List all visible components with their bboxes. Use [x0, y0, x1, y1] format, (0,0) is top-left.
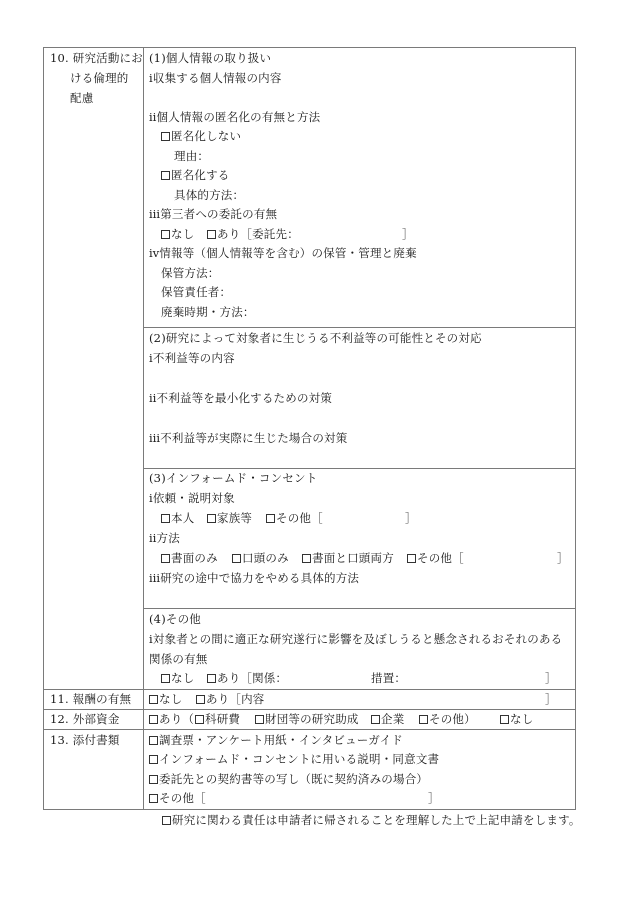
disadvantage-iii: ⅲ不利益等が実際に生じた場合の対策 — [149, 431, 347, 445]
divider-row-12 — [43, 709, 576, 710]
relation-none-option[interactable]: なし — [161, 671, 194, 685]
other-i-line2: 関係の有無 — [149, 652, 208, 666]
application-form-page: 10. 研究活動にお ける倫理的 配慮 (1)個人情報の取り扱い ⅰ収集する個人… — [0, 0, 630, 903]
attachment-questionnaire-option[interactable]: 調査票・アンケート用紙・インタビューガイド — [149, 733, 403, 747]
checkbox[interactable] — [161, 554, 170, 563]
divider-section-2 — [143, 327, 576, 328]
funding-foundation-option[interactable]: 財団等の研究助成 — [255, 712, 359, 726]
checkbox[interactable] — [149, 775, 158, 784]
funding-yes-option[interactable]: あり（ — [149, 712, 194, 726]
column-divider — [143, 47, 144, 810]
declaration-option[interactable]: 研究に関わる責任は申請者に帰されることを理解した上で上記申請をします。 — [162, 813, 581, 827]
checkbox[interactable] — [161, 230, 170, 239]
checkbox[interactable] — [149, 736, 158, 745]
checkbox[interactable] — [149, 695, 158, 704]
section-12-label: 12. 外部資金 — [50, 712, 120, 726]
no-anonymize-option[interactable]: 匿名化しない — [161, 129, 241, 143]
divider-row-11 — [43, 689, 576, 690]
oral-option[interactable]: 口頭のみ — [232, 551, 289, 565]
close-bracket: ］ — [402, 227, 414, 241]
personal-info-ii: ⅱ個人情報の匿名化の有無と方法 — [149, 110, 320, 124]
method-label: 具体的方法： — [174, 188, 244, 202]
checkbox[interactable] — [149, 794, 158, 803]
checkbox[interactable] — [207, 674, 216, 683]
close-bracket: ］ — [428, 791, 440, 805]
checkbox[interactable] — [161, 132, 170, 141]
personal-info-iv: ⅳ情報等（個人情報等を含む）の保管・管理と廃棄 — [149, 246, 417, 260]
checkbox[interactable] — [419, 715, 428, 724]
close-bracket: ］ — [557, 551, 569, 565]
checkbox[interactable] — [149, 715, 158, 724]
method-other-option[interactable]: その他［ — [407, 551, 464, 565]
other-i-line1: ⅰ対象者との間に適正な研究遂行に影響を及ぼしうると懸念されるおそれのある — [149, 632, 562, 646]
section-10-label-1: 10. 研究活動にお — [50, 51, 143, 65]
reward-none-option[interactable]: なし — [149, 692, 182, 706]
funding-company-option[interactable]: 企業 — [371, 712, 404, 726]
section-10-label-3: 配慮 — [70, 91, 93, 105]
outsource-yes-option[interactable]: あり［委託先： — [207, 227, 299, 241]
close-bracket: ］ — [545, 671, 557, 685]
checkbox[interactable] — [371, 715, 380, 724]
close-bracket: ］ — [545, 692, 557, 706]
measure-label: 措置： — [371, 671, 406, 685]
checkbox[interactable] — [232, 554, 241, 563]
section-10-label-2: ける倫理的 — [70, 71, 129, 85]
reward-yes-option[interactable]: あり［内容 — [196, 692, 265, 706]
consent-iii: ⅲ研究の途中で協力をやめる具体的方法 — [149, 571, 359, 585]
attachment-consent-doc-option[interactable]: インフォームド・コンセントに用いる説明・同意文書 — [149, 752, 439, 766]
personal-info-heading: (1)個人情報の取り扱い — [149, 51, 271, 65]
reason-label: 理由： — [174, 149, 209, 163]
funding-other-option[interactable]: その他） — [419, 712, 476, 726]
consent-self-option[interactable]: 本人 — [161, 511, 194, 525]
checkbox[interactable] — [266, 514, 275, 523]
consent-family-option[interactable]: 家族等 — [207, 511, 252, 525]
checkbox[interactable] — [500, 715, 509, 724]
checkbox[interactable] — [195, 715, 204, 724]
personal-info-iii: ⅲ第三者への委託の有無 — [149, 207, 277, 221]
disadvantage-i: ⅰ不利益等の内容 — [149, 351, 235, 365]
storage-manager-label: 保管責任者： — [161, 285, 231, 299]
checkbox[interactable] — [207, 230, 216, 239]
checkbox[interactable] — [407, 554, 416, 563]
divider-section-3 — [143, 468, 576, 469]
attachment-other-option[interactable]: その他［ — [149, 791, 206, 805]
consent-heading: (3)インフォームド・コンセント — [149, 471, 317, 485]
checkbox[interactable] — [302, 554, 311, 563]
checkbox[interactable] — [161, 514, 170, 523]
consent-other-option[interactable]: その他［ — [266, 511, 323, 525]
outsource-none-option[interactable]: なし — [161, 227, 194, 241]
disadvantage-ii: ⅱ不利益等を最小化するための対策 — [149, 391, 332, 405]
section-11-label: 11. 報酬の有無 — [50, 692, 131, 706]
personal-info-i: ⅰ収集する個人情報の内容 — [149, 71, 282, 85]
checkbox[interactable] — [162, 816, 171, 825]
checkbox[interactable] — [149, 755, 158, 764]
section-13-label: 13. 添付書類 — [50, 733, 120, 747]
funding-none-option[interactable]: なし — [500, 712, 533, 726]
divider-section-4 — [143, 608, 576, 609]
close-bracket: ］ — [405, 511, 417, 525]
checkbox[interactable] — [161, 674, 170, 683]
checkbox[interactable] — [207, 514, 216, 523]
consent-ii: ⅱ方法 — [149, 531, 180, 545]
other-heading: (4)その他 — [149, 612, 201, 626]
checkbox[interactable] — [161, 171, 170, 180]
relation-yes-option[interactable]: あり［関係： — [207, 671, 287, 685]
disadvantage-heading: (2)研究によって対象者に生じうる不利益等の可能性とその対応 — [149, 331, 482, 345]
attachment-contract-option[interactable]: 委託先との契約書等の写し（既に契約済みの場合） — [149, 772, 428, 786]
consent-i: ⅰ依頼・説明対象 — [149, 491, 235, 505]
divider-row-13 — [43, 729, 576, 730]
anonymize-option[interactable]: 匿名化する — [161, 168, 230, 182]
checkbox[interactable] — [255, 715, 264, 724]
disposal-label: 廃棄時期・方法： — [161, 305, 255, 319]
storage-method-label: 保管方法： — [161, 266, 220, 280]
checkbox[interactable] — [196, 695, 205, 704]
written-option[interactable]: 書面のみ — [161, 551, 218, 565]
both-option[interactable]: 書面と口頭両方 — [302, 551, 394, 565]
funding-kaken-option[interactable]: 科研費 — [195, 712, 240, 726]
